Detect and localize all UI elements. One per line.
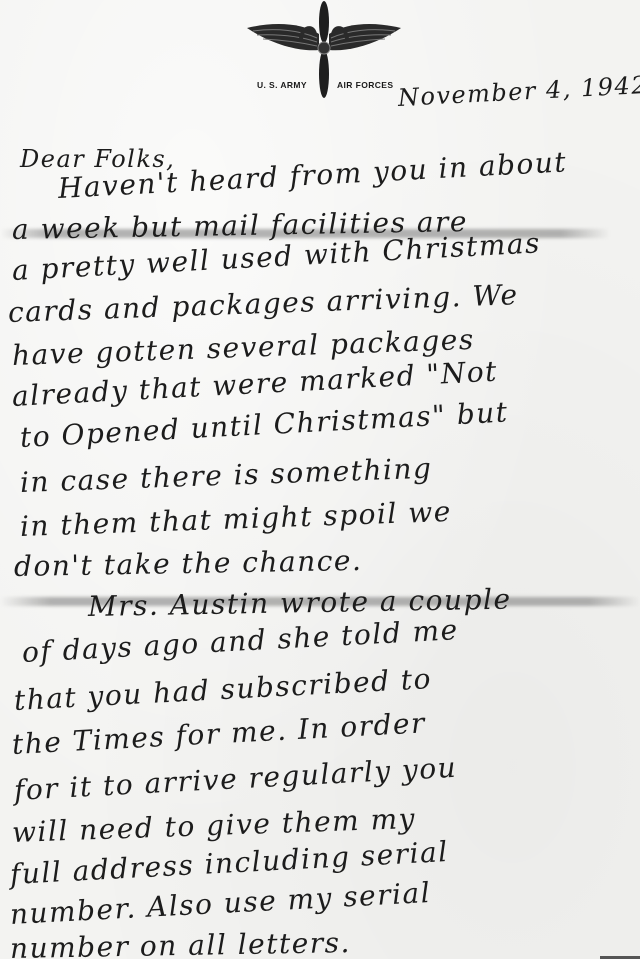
letterhead-left-label: U. S. ARMY <box>257 80 307 90</box>
letter-line: number on all letters. <box>10 926 351 959</box>
letter-line: don't take the chance. <box>14 544 363 583</box>
letter-line: for it to arrive regularly you <box>13 751 458 807</box>
letter-line: in them that might spoil we <box>19 495 452 543</box>
letter-line: the Times for me. In order <box>11 706 426 761</box>
letter-line: in case there is something <box>19 452 432 499</box>
letter-page: U. S. ARMY AIR FORCES November 4, 1942 D… <box>0 0 640 959</box>
letterhead-right-label: AIR FORCES <box>337 80 393 90</box>
letter-line: cards and packages arriving. We <box>7 278 519 329</box>
letter-line: of days ago and she told me <box>21 613 459 669</box>
letterhead: U. S. ARMY AIR FORCES <box>241 0 407 100</box>
letter-date: November 4, 1942 <box>397 71 640 112</box>
